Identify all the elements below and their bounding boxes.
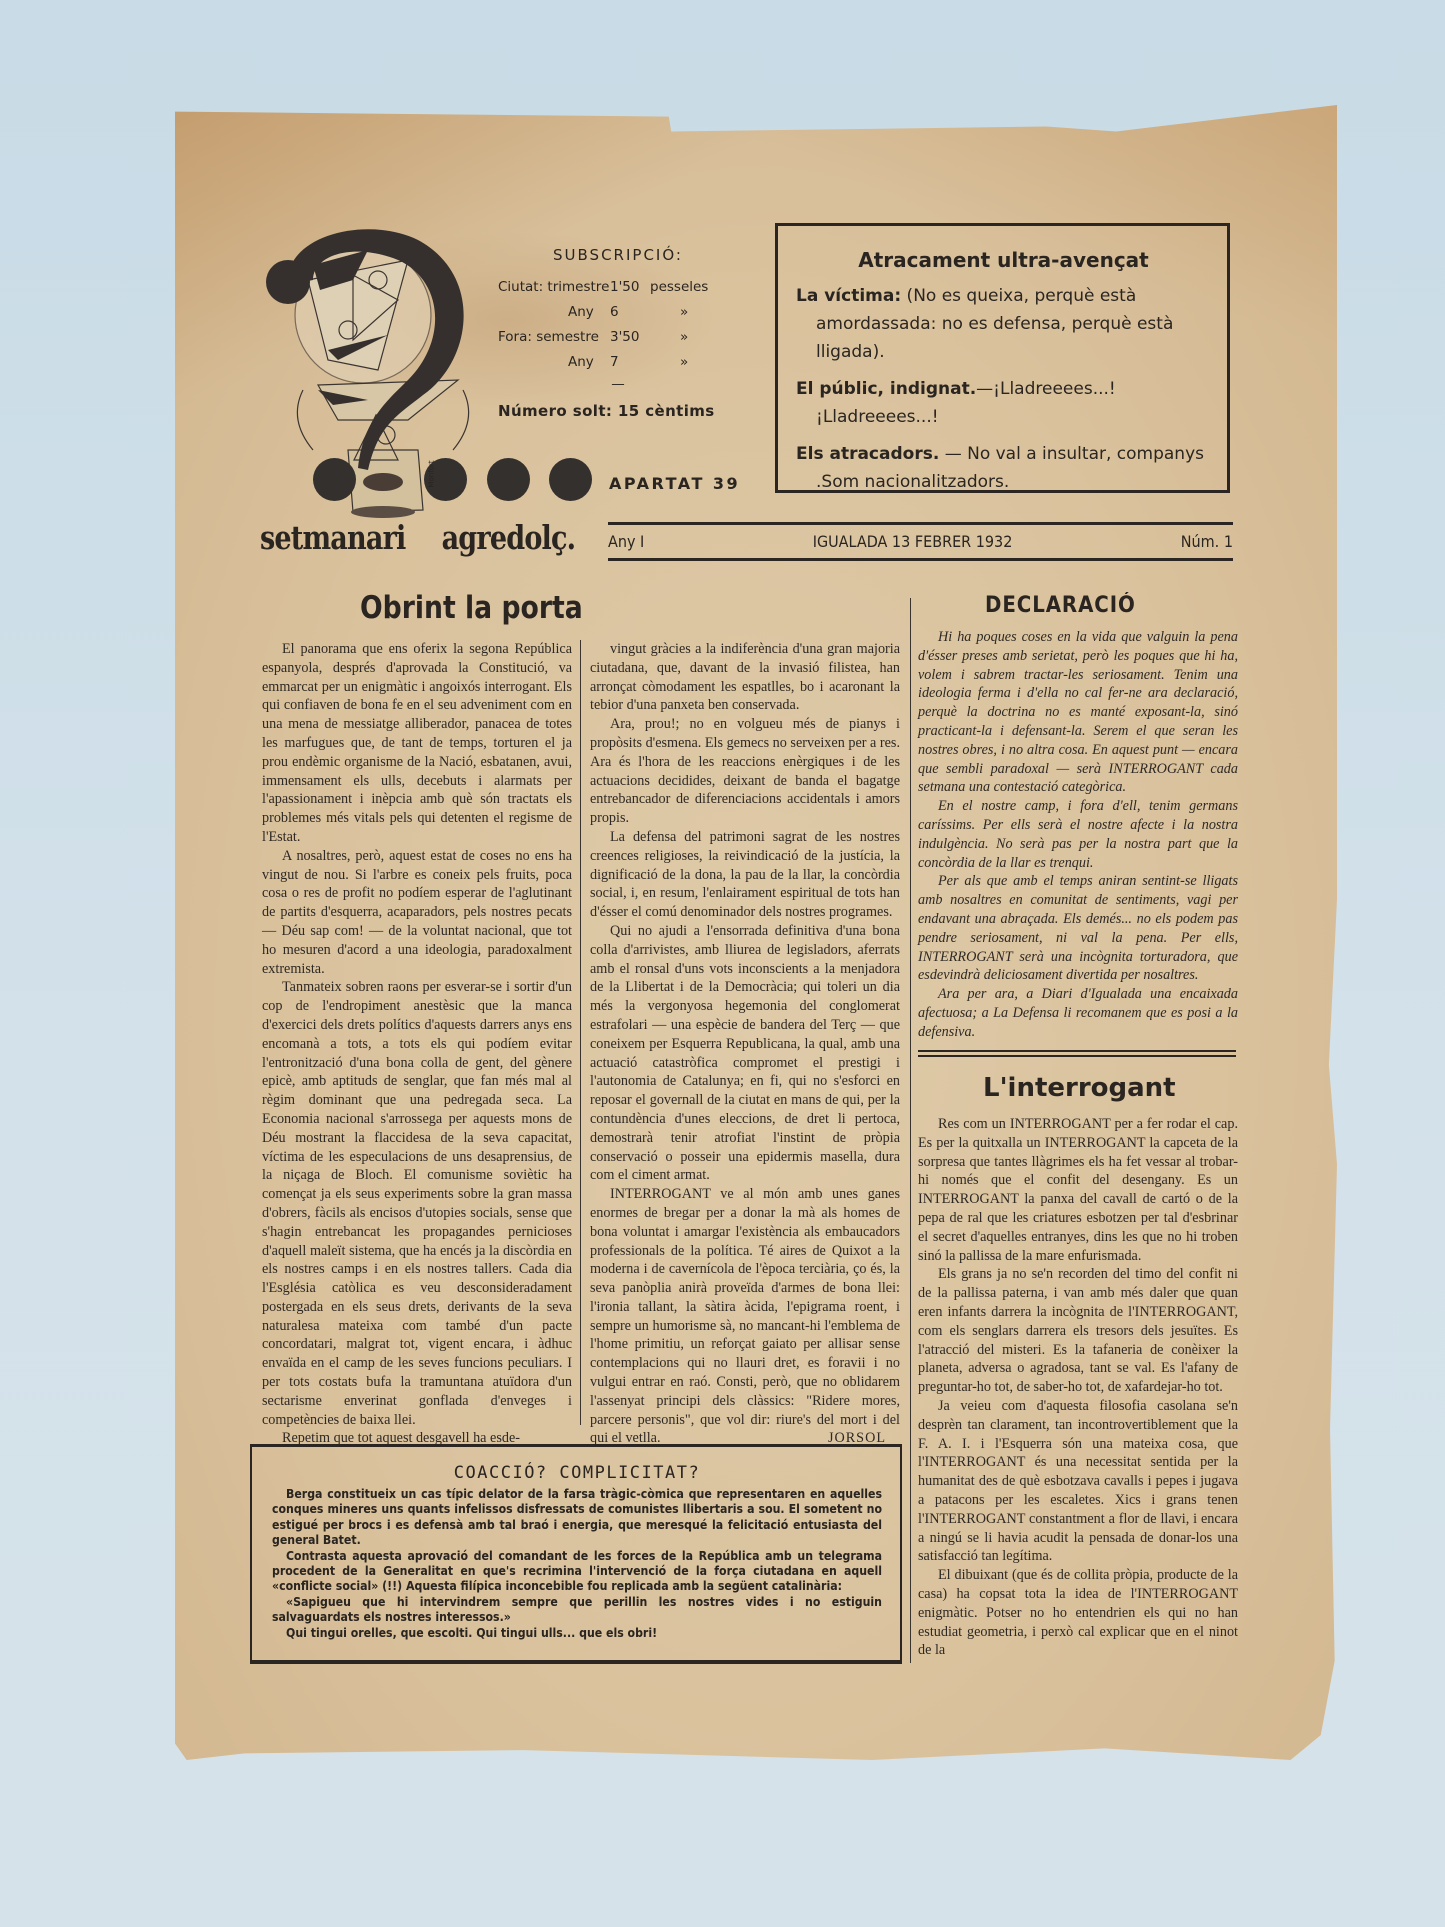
article-title-interrogant: L'interrogant: [983, 1073, 1176, 1103]
article-obrint-column-2: vingut gràcies a la indiferència d'una g…: [590, 640, 900, 1448]
place-date: IGUALADA 13 FEBRER 1932: [813, 532, 1013, 551]
column-divider: [580, 640, 581, 1425]
masthead-rule-bottom: [608, 558, 1233, 561]
boxed-article-coaccio: COACCIÓ? COMPLICITAT? Berga constitueix …: [250, 1444, 902, 1664]
boxed-note-line: La víctima: (No es queixa, perquè està a…: [796, 282, 1211, 366]
masthead-rule-top: [608, 522, 1233, 525]
brand-word-2: agredolç.: [442, 518, 576, 557]
double-rule-divider: [918, 1050, 1236, 1057]
brand-title: setmanariagredolç.: [260, 518, 575, 557]
subscription-row: Any 7 »: [498, 349, 738, 374]
subscription-row: Fora: semestre 3'50 »: [498, 324, 738, 349]
decorative-dot-1: [313, 458, 356, 501]
article-title-obrint: Obrint la porta: [360, 590, 747, 626]
question-mark-logo-icon: [258, 220, 508, 525]
article-interrogant-body: Res com un INTERROGANT per a fer rodar e…: [918, 1115, 1238, 1660]
issue-number: Núm. 1: [1181, 532, 1233, 551]
illustrator-signature: Monfort: [428, 460, 436, 487]
article-title-declaracio: DECLARACIÓ: [985, 593, 1136, 618]
subscription-title: SUBSCRIPCIÓ:: [498, 246, 738, 264]
boxed-note-line: Els atracadors. — No val a insultar, com…: [796, 440, 1211, 496]
subscription-separator: —: [498, 376, 738, 392]
boxed-note-line: El públic, indignat.—¡Lladreeees...! ¡Ll…: [796, 375, 1211, 431]
boxed-note-title: Atracament ultra-avençat: [796, 248, 1211, 272]
subscription-row: Ciutat: trimestre 1'50 pesseles: [498, 274, 738, 299]
article-declaracio-body: Hi ha poques coses en la vida que valgui…: [918, 628, 1238, 1042]
subscription-row: Any 6 »: [498, 299, 738, 324]
single-issue-price: Número solt: 15 cèntims: [498, 402, 738, 420]
boxed-article-title: COACCIÓ? COMPLICITAT?: [272, 1463, 882, 1483]
boxed-note-atracament: Atracament ultra-avençat La víctima: (No…: [775, 223, 1230, 493]
column-divider: [910, 598, 911, 1663]
article-obrint-column-1: El panorama que ens oferix la segona Rep…: [262, 640, 572, 1448]
po-box: APARTAT 39: [609, 474, 740, 493]
subscription-block: SUBSCRIPCIÓ: Ciutat: trimestre 1'50 pess…: [498, 246, 738, 420]
masthead-dateline: Any I IGUALADA 13 FEBRER 1932 Núm. 1: [608, 532, 1233, 551]
brand-word-1: setmanari: [260, 518, 405, 557]
decorative-dot-3: [487, 458, 530, 501]
volume-year: Any I: [608, 532, 644, 551]
decorative-dot-4: [549, 458, 592, 501]
